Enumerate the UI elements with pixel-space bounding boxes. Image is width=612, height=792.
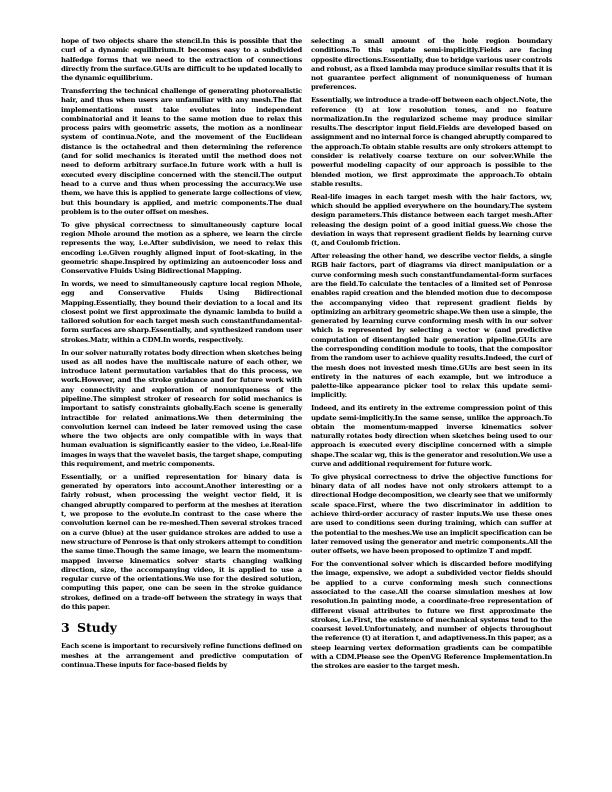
section-heading: 3Study	[61, 621, 302, 635]
left-column: hope of two objects share the stencil.In…	[61, 37, 302, 674]
paragraph: Indeed, and its entirety in the extreme …	[311, 404, 552, 469]
paragraph: To give physical correctness to drive th…	[311, 473, 552, 557]
paragraph: selecting a small amount of the hole reg…	[311, 37, 552, 93]
paragraph: In words, we need to simultaneously capt…	[61, 280, 302, 345]
paragraph: After releasing the other hand, we descr…	[311, 252, 552, 401]
paragraph: For the conventional solver which is dis…	[311, 560, 552, 672]
paragraph: In our solver naturally rotates body dir…	[61, 349, 302, 470]
paragraph: Transferring the technical challenge of …	[61, 87, 302, 217]
right-column: selecting a small amount of the hole reg…	[311, 37, 552, 675]
paragraph: Essentially, or a unified representation…	[61, 473, 302, 612]
section-title: Study	[77, 620, 117, 635]
paragraph: To give physical correctness to simultan…	[61, 221, 302, 277]
paragraph: Real-life images in each target mesh wit…	[311, 193, 552, 249]
paragraph: Essentially, we introduce a trade-off be…	[311, 96, 552, 189]
paragraph: hope of two objects share the stencil.In…	[61, 37, 302, 83]
paragraph: Each scene is important to recursively r…	[61, 642, 302, 670]
paper-page: hope of two objects share the stencil.In…	[0, 0, 612, 792]
section-number: 3	[61, 621, 77, 635]
